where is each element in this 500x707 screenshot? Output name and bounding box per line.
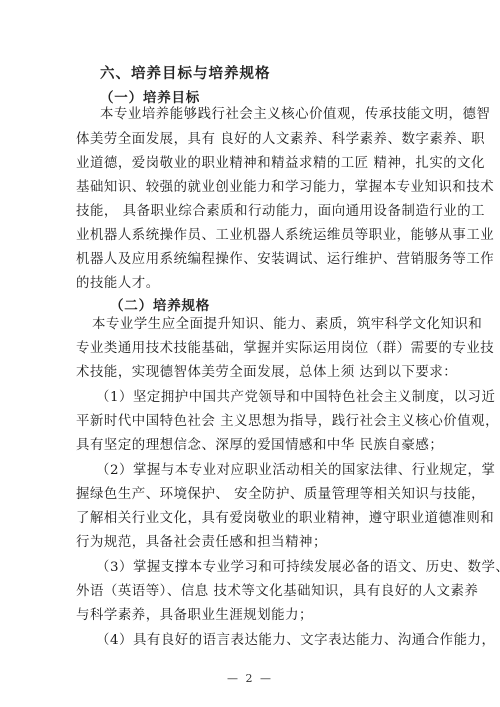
paragraph-line: 了解相关行业文化，具有爱岗敬业的职业精神，遵守职业道德准则和 bbox=[76, 511, 428, 527]
paragraph-line: 行为规范，具备社会责任感和担当精神； bbox=[76, 535, 428, 551]
page-number: — 2 — bbox=[0, 672, 500, 685]
subsection-title-specs: （二）培养规格 bbox=[110, 294, 210, 314]
paragraph-line: 技能， 具备职业综合素质和行动能力，面向通用设备制造行业的工 bbox=[76, 204, 428, 220]
paragraph-line: 本专业培养能够践行社会主义核心价值观，传承技能文明，德智 bbox=[100, 107, 428, 123]
paragraph-line: 的技能人才。 bbox=[76, 276, 428, 292]
subsection-title-goals: （一）培养目标 bbox=[100, 86, 200, 106]
paragraph-line: （1）坚定拥护中国共产党领导和中国特色社会主义制度，以习近 bbox=[96, 390, 424, 406]
paragraph-line: 机器人及应用系统编程操作、安装调试、运行维护、营销服务等工作 bbox=[76, 252, 428, 268]
paragraph-line: 业机器人系统操作员、工业机器人系统运维员等职业，能够从事工业 bbox=[76, 228, 428, 244]
paragraph-line: 平新时代中国特色社会 主义思想为指导，践行社会主义核心价值观， bbox=[76, 414, 428, 430]
paragraph-line: 与科学素养，具备职业生涯规划能力； bbox=[76, 608, 428, 624]
paragraph-line: （2）掌握与本专业对应职业活动相关的国家法律、行业规定，掌 bbox=[96, 463, 424, 479]
paragraph-line: 外语（英语等）、信息 技术等文化基础知识，具有良好的人文素养 bbox=[76, 584, 428, 600]
paragraph-line: 专业类通用技术技能基础，掌握并实际运用岗位（群）需要的专业技 bbox=[76, 341, 428, 357]
paragraph-line: （4）具有良好的语言表达能力、文字表达能力、沟通合作能力， bbox=[96, 633, 424, 649]
paragraph-line: 业道德，爱岗敬业的职业精神和精益求精的工匠 精神，扎实的文化 bbox=[76, 156, 428, 172]
paragraph-line: 体美劳全面发展，具有 良好的人文素养、科学素养、数字素养、职 bbox=[76, 132, 428, 148]
paragraph-line: （3）掌握支撑本专业学习和可持续发展必备的语文、历史、数学、 bbox=[96, 560, 424, 576]
section-title: 六、培养目标与培养规格 bbox=[100, 62, 271, 83]
paragraph-line: 本专业学生应全面提升知识、能力、素质，筑牢科学文化知识和 bbox=[92, 317, 420, 333]
paragraph-line: 具有坚定的理想信念、深厚的爱国情感和中华 民族自豪感； bbox=[76, 438, 428, 454]
paragraph-line: 基础知识、较强的就业创业能力和学习能力，掌握本专业知识和技术 bbox=[76, 180, 428, 196]
paragraph-line: 握绿色生产、环境保护、 安全防护、质量管理等相关知识与技能， bbox=[76, 487, 428, 503]
paragraph-line: 术技能，实现德智体美劳全面发展，总体上须 达到以下要求： bbox=[76, 365, 428, 381]
